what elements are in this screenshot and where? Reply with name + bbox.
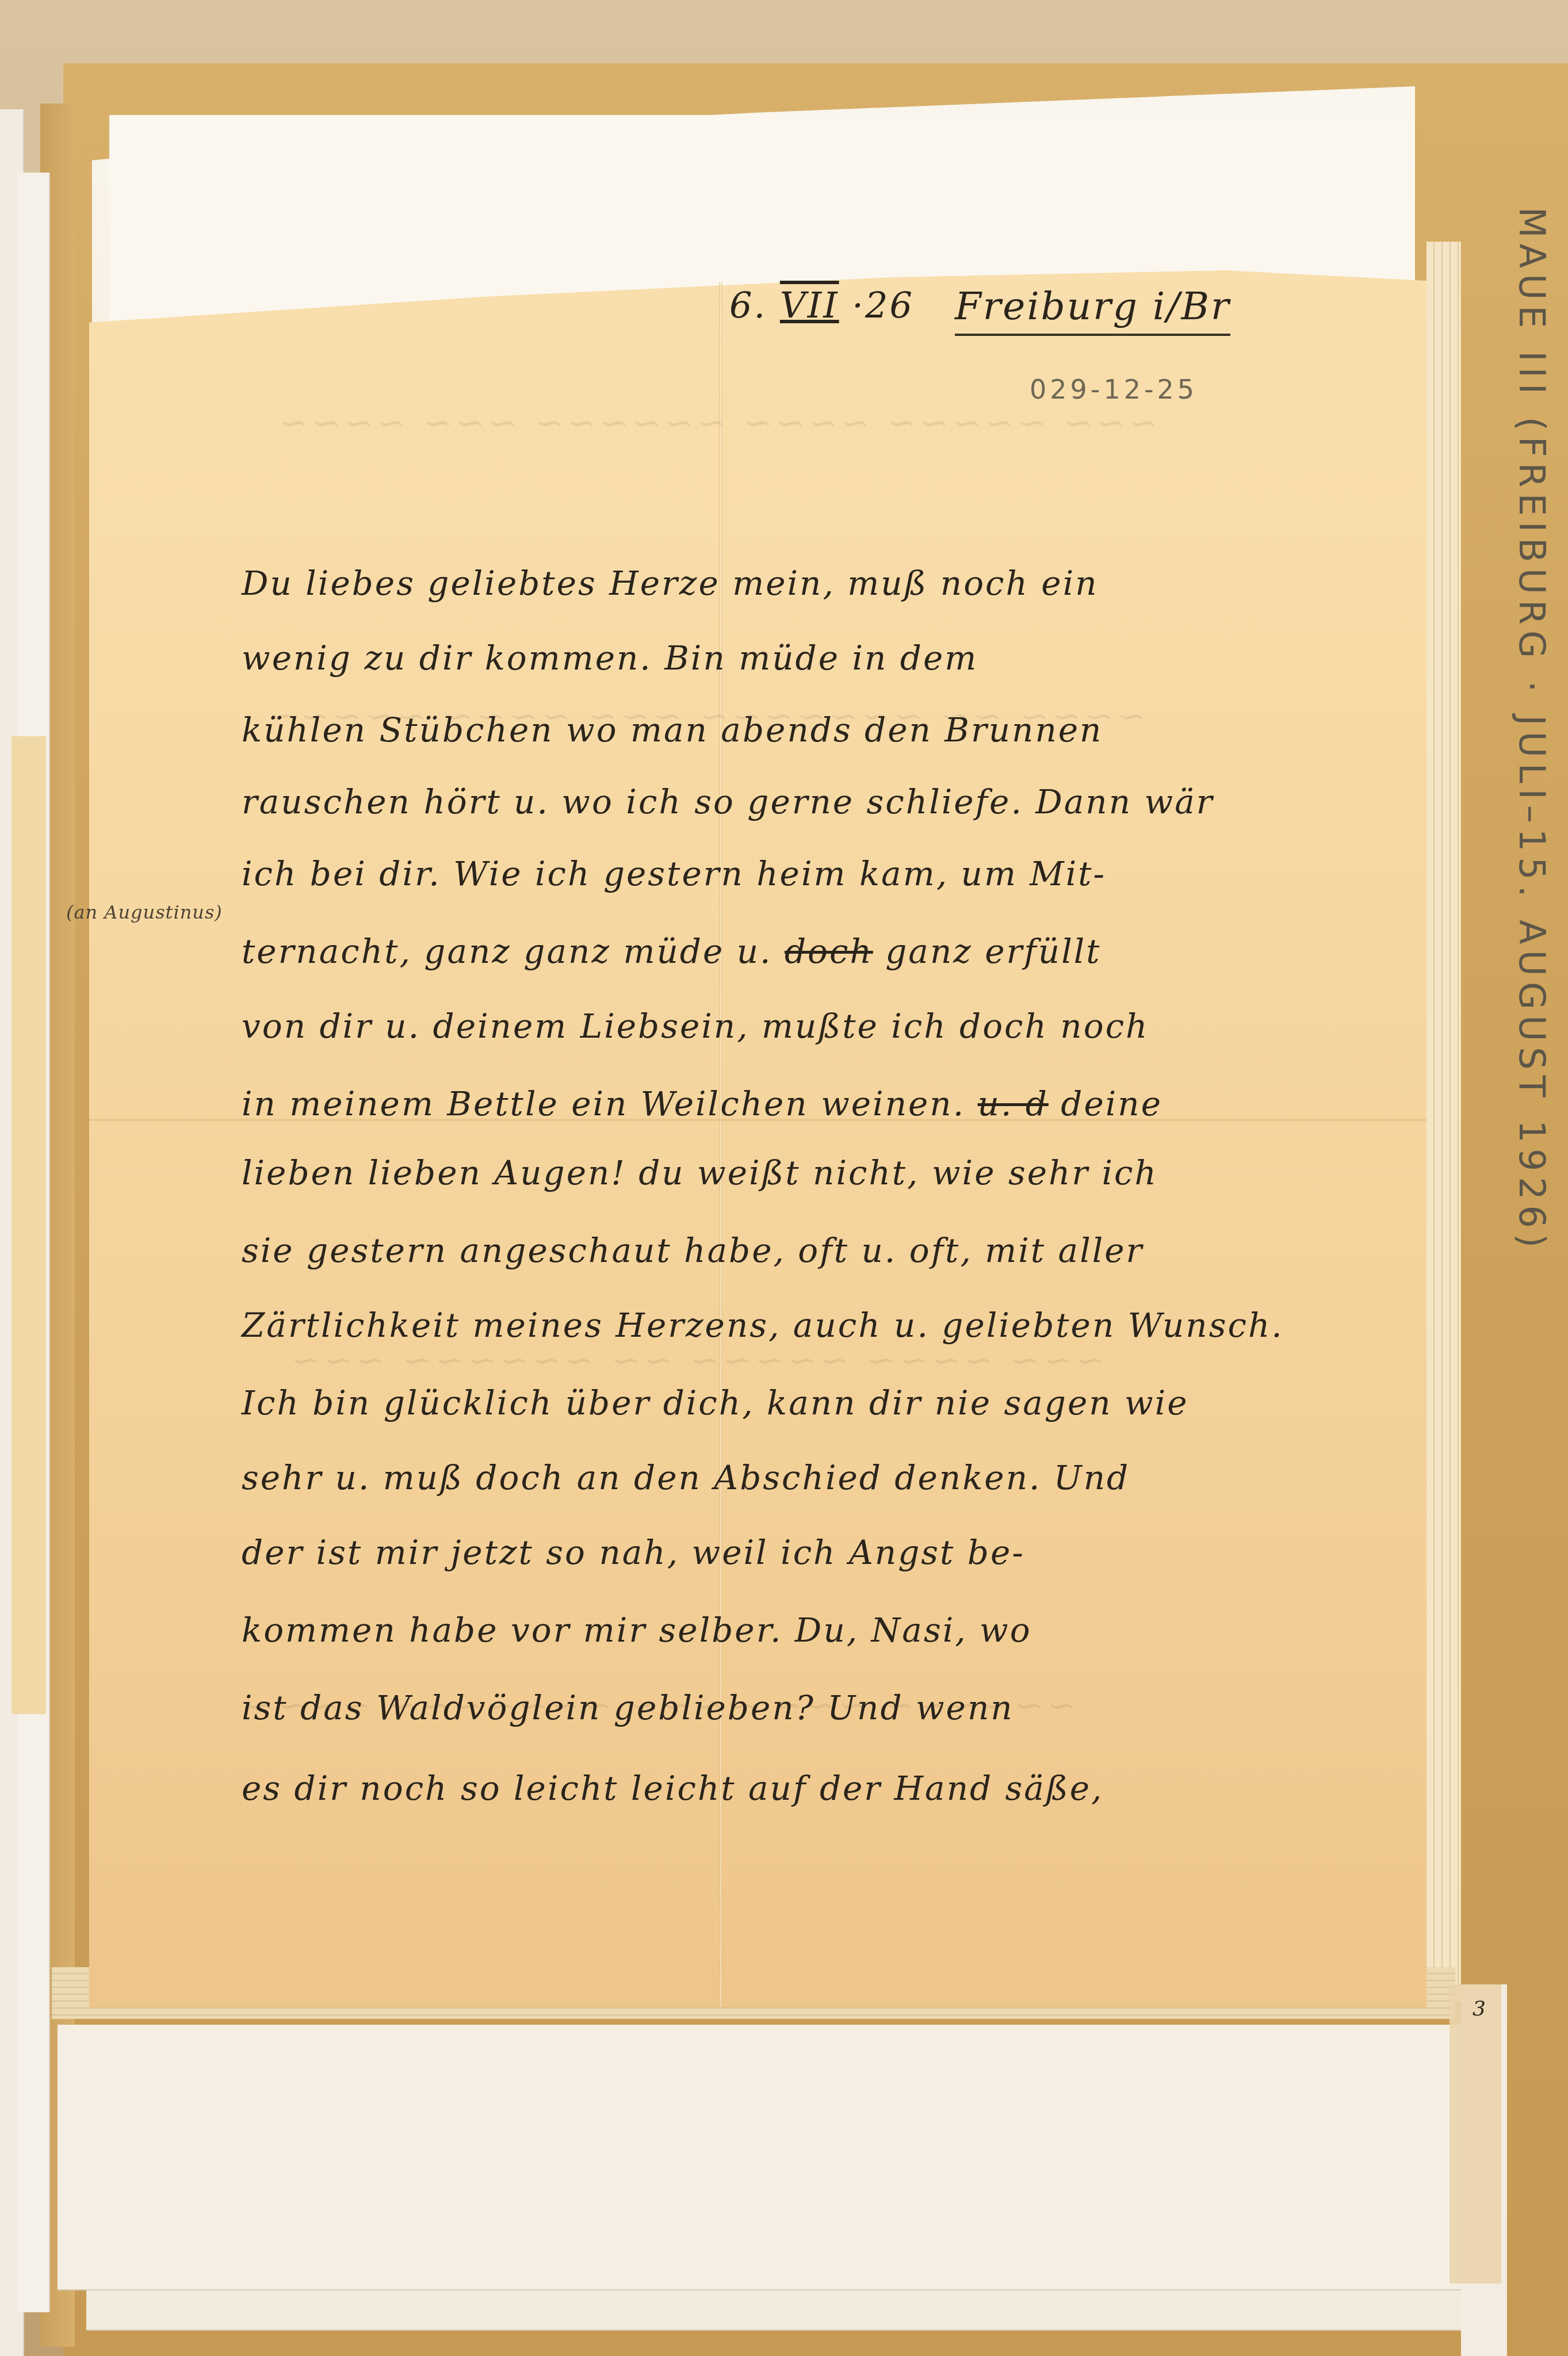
margin-note: (an Augustinus) <box>66 903 223 921</box>
letter-line: lieben lieben Augen! du weißt nicht, wie… <box>242 1156 1158 1190</box>
letter-line: sehr u. muß doch an den Abschied denken.… <box>242 1461 1130 1494</box>
line-text: ganz erfüllt <box>873 932 1102 971</box>
line-text: in meinem Bettle ein Weilchen weinen. <box>242 1084 978 1123</box>
vertical-fold <box>719 282 722 2007</box>
letter-line: es dir noch so leicht leicht auf der Han… <box>242 1772 1103 1805</box>
letter-date: 6. VII ·26 <box>729 288 914 323</box>
date-year: ·26 <box>852 284 914 326</box>
letter-line: kommen habe vor mir selber. Du, Nasi, wo <box>242 1613 1032 1647</box>
letter-place: Freiburg i/Br <box>955 288 1230 336</box>
line-text: ternacht, ganz ganz müde u. <box>242 932 785 971</box>
letter-sheet <box>89 270 1427 2007</box>
letter-line: ist das Waldvöglein geblieben? Und wenn <box>242 1691 1014 1724</box>
bleed-through-text: ~~~ ~~~~ ~~~~~ ~~ ~~~~~~ ~~~ <box>288 1340 1104 1380</box>
letter-line: ich bei dir. Wie ich gestern heim kam, u… <box>242 857 1106 890</box>
letter-line: ternacht, ganz ganz müde u. doch ganz er… <box>242 935 1102 968</box>
letter-line: Du liebes geliebtes Herze mein, muß noch… <box>242 567 1099 600</box>
backing-sheet-bottom <box>58 2025 1507 2290</box>
tape-strip <box>1450 1984 1501 2284</box>
letter-page-edges <box>1427 242 1461 2002</box>
struck-word: u. d <box>978 1084 1049 1123</box>
letter-line: in meinem Bettle ein Weilchen weinen. u.… <box>242 1087 1162 1120</box>
left-cream-sheet <box>12 736 46 1714</box>
letter-line: kühlen Stübchen wo man abends den Brunne… <box>242 713 1103 747</box>
letter-line: rauschen hört u. wo ich so gerne schlief… <box>242 785 1214 819</box>
page-marker: 3 <box>1473 1999 1487 2020</box>
line-text: deine <box>1049 1084 1162 1123</box>
archive-number: 029-12-25 <box>1030 374 1198 405</box>
letter-line: von dir u. deinem Liebsein, mußte ich do… <box>242 1009 1149 1043</box>
date-month: VII <box>780 284 839 326</box>
letter-line: sie gestern angeschaut habe, oft u. oft,… <box>242 1234 1144 1267</box>
date-day: 6. <box>729 284 767 326</box>
letter-line: der ist mir jetzt so nah, weil ich Angst… <box>242 1536 1025 1569</box>
letter-line: wenig zu dir kommen. Bin müde in dem <box>242 641 978 675</box>
letter-line: Zärtlichkeit meines Herzens, auch u. gel… <box>242 1309 1284 1342</box>
struck-word: doch <box>785 932 873 971</box>
folder-label: MAUE III (FREIBURG · JULI–15. AUGUST 192… <box>1484 207 1553 1185</box>
bleed-through-text: ~~~ ~~~~~ ~~~~ ~~~~~~ ~~~ ~~~~ <box>276 403 1157 443</box>
letter-line: Ich bin glücklich über dich, kann dir ni… <box>242 1386 1189 1420</box>
